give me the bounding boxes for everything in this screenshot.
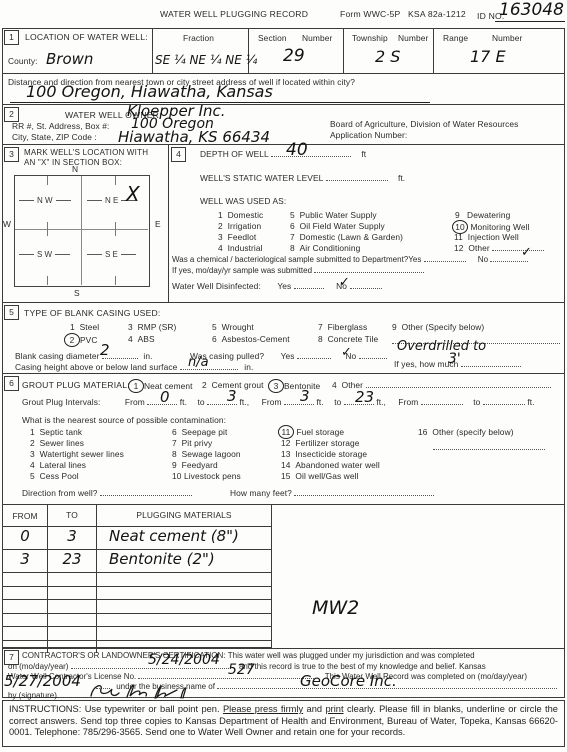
casing-pulled-no-checkmark: ✓ (341, 345, 352, 360)
water-well-plugging-record-form: WATER WELL PLUGGING RECORD Form WWC-5P K… (0, 0, 567, 752)
record-completed-date-handwritten: 5/27/2004 (4, 672, 81, 690)
casing-num: 1 (70, 322, 75, 332)
row-material-value: Neat cement (8") (96, 527, 271, 549)
dash (55, 254, 70, 255)
fraction-label: Fraction (183, 33, 214, 43)
chem-sample-no-checkmark: ✓ (521, 245, 532, 260)
use-num: 1 (218, 210, 223, 220)
compass-north-label: N (72, 164, 78, 174)
section3-4-divider (168, 145, 169, 303)
completed-on-label: on (mo/day/year) (8, 662, 68, 671)
row-to-value (47, 614, 96, 627)
grid-tick (47, 222, 48, 236)
dotted-line (424, 254, 466, 262)
dotted-line (483, 397, 525, 405)
dotted-line (271, 149, 351, 157)
table-row (3, 586, 271, 600)
casing-label: Asbestos-Cement (222, 334, 290, 344)
height-label: Casing height above or below land surfac… (15, 362, 177, 372)
row-from-value: 0 (3, 527, 47, 549)
dotted-line (359, 351, 387, 359)
disinfected-no-checkmark: ✓ (339, 275, 350, 290)
casing-option-pvc-circled: 2PVC (64, 333, 98, 347)
use-label: Air Conditioning (300, 243, 361, 253)
contamination-option: 8 Sewage lagoon (172, 449, 241, 459)
depth-of-well-line: DEPTH OF WELL ft (200, 149, 366, 159)
table-row: 3 23 Bentonite (2") (3, 549, 271, 572)
well-was-used-as-label: WELL WAS USED AS: (200, 196, 286, 206)
yes-label: Yes (277, 281, 291, 291)
grid-tick (47, 276, 48, 285)
casing-option: 7 Fiberglass (318, 322, 367, 332)
casing-num: 8 (318, 334, 323, 344)
materials-header: PLUGGING MATERIALS (96, 505, 271, 526)
row-to-value (47, 627, 96, 640)
license-number-handwritten: 527 (228, 662, 255, 678)
casing-label: RMP (SR) (138, 322, 177, 332)
section1-title: LOCATION OF WATER WELL: (25, 32, 148, 42)
use-option: 3 Feedlot (218, 232, 256, 242)
casing-height-line: Casing height above or below land surfac… (15, 362, 253, 372)
compass-east-label: E (155, 219, 161, 229)
to-label: to (473, 397, 480, 407)
row-from-value (3, 600, 47, 613)
to-label: to (197, 397, 204, 407)
row-material-value (96, 587, 271, 600)
dash (121, 254, 136, 255)
use-label: Domestic (Lawn & Garden) (300, 232, 403, 242)
contamination-option: 9 Feedyard (172, 460, 218, 470)
contam-num: 15 (281, 471, 291, 481)
to-header: TO (47, 505, 96, 526)
contam-num: 10 (172, 471, 182, 481)
compass-south-label: S (74, 288, 80, 298)
ft-unit: ft. (180, 397, 187, 407)
divider (248, 28, 249, 74)
contam-label: Sewer lines (40, 438, 84, 448)
direction-from-well-line: Direction from well? (22, 488, 192, 498)
row-material-value (96, 614, 271, 627)
use-option: 11 Injection Well (454, 232, 519, 242)
interval2-from-handwritten: 3 (300, 387, 310, 405)
instructions-underlined2: print (325, 704, 343, 714)
yes-label: Yes (408, 255, 421, 264)
range-column-label: Range (443, 33, 468, 43)
section-value-handwritten: 29 (283, 46, 305, 66)
section3-number: 3 (4, 147, 19, 162)
owner-city-label: City, State, ZIP Code : (12, 132, 97, 142)
ft-unit: ft., (376, 397, 386, 407)
chem-question-label: Was a chemical / bacteriological sample … (172, 255, 408, 264)
casing-num: 3 (128, 322, 133, 332)
interval2-to-handwritten: 23 (355, 388, 374, 406)
contam-num: 9 (172, 460, 177, 470)
chemical-sample-question: Was a chemical / bacteriological sample … (172, 254, 528, 264)
casing-option: 8 Concrete Tile (318, 334, 378, 344)
use-num: 4 (218, 243, 223, 253)
plugging-table-header-row: FROM TO PLUGGING MATERIALS (3, 505, 271, 526)
static-level-label: WELL'S STATIC WATER LEVEL (200, 173, 323, 183)
quadrant-sw: S W (19, 250, 70, 259)
township-column-label: Township (352, 33, 388, 43)
use-label: Public Water Supply (300, 210, 377, 220)
contam-label: Abandoned water well (295, 460, 379, 470)
casing-option: 6 Asbestos-Cement (212, 334, 290, 344)
instructions-underlined1: Please press firmly (223, 704, 303, 714)
table-row (3, 599, 271, 613)
section-column-label: Section (258, 33, 287, 43)
from-label: From (125, 397, 145, 407)
dotted-line (297, 351, 331, 359)
dotted-line (492, 243, 544, 251)
contam-label: Other (specify below) (432, 427, 513, 437)
diameter-label: Blank casing diameter (15, 351, 100, 361)
compass-west-label: W (3, 219, 11, 229)
divider (343, 28, 344, 74)
use-num: 2 (218, 221, 223, 231)
section5-title: TYPE OF BLANK CASING USED: (24, 308, 161, 318)
height-value-handwritten: n/a (188, 355, 209, 370)
ft-unit: ft., (240, 397, 250, 407)
grid-tick (115, 222, 116, 236)
grout-intervals-line: Grout Plug Intervals: From ft. to ft., F… (22, 397, 535, 407)
grout-num: 4 (332, 380, 337, 390)
quadrant-ne-label: N E (105, 196, 118, 205)
use-option: 5 Public Water Supply (290, 210, 377, 220)
use-label: Other (468, 243, 489, 253)
dash (19, 200, 34, 201)
contam-label: Fuel storage (296, 427, 344, 437)
instructions-box: INSTRUCTIONS: Use typewriter or ball poi… (2, 700, 565, 747)
certification-text: This water well was plugged under my jur… (228, 651, 475, 660)
use-label: Irrigation (228, 221, 262, 231)
casing-num: 6 (212, 334, 217, 344)
use-num: 5 (290, 210, 295, 220)
row-to-value (47, 587, 96, 600)
row-to-value (47, 573, 96, 586)
use-option: 9 Dewatering (455, 210, 510, 220)
contam-label: Fertilizer storage (295, 438, 359, 448)
divider (152, 28, 153, 74)
certification-line1: CONTRACTOR'S OR LANDOWNER'S CERTIFICATIO… (22, 651, 475, 660)
contam-label: Insecticide storage (295, 449, 367, 459)
dotted-line (326, 173, 388, 181)
casing-option: 5 Wrought (212, 322, 254, 332)
use-label: Monitoring Well (470, 222, 529, 232)
disinfected-label: Water Well Disinfected: (172, 281, 261, 291)
contamination-option: 6 Seepage pit (172, 427, 227, 437)
range-value-handwritten: 17 E (470, 47, 506, 66)
casing-label: Fiberglass (328, 322, 368, 332)
contam-label: Lateral lines (40, 460, 86, 470)
use-num: 9 (455, 210, 460, 220)
distance-value-handwritten: 100 Oregon, Hiawatha, Kansas (26, 82, 273, 101)
use-option: 6 Oil Field Water Supply (290, 221, 385, 231)
dash (56, 200, 71, 201)
contamination-option: 3 Watertight sewer lines (30, 449, 124, 459)
signature-label: by (signature) (8, 691, 57, 700)
contam-num: 7 (172, 438, 177, 448)
dotted-line (421, 397, 463, 405)
row-to-value: 23 (47, 550, 96, 572)
section6-title: GROUT PLUG MATERIAL: (22, 380, 130, 390)
use-label: Oil Field Water Supply (300, 221, 385, 231)
contam-num: 8 (172, 449, 177, 459)
range-number-label: Number (492, 33, 522, 43)
casing-label: Wrought (222, 322, 254, 332)
ft-unit: ft. (398, 173, 405, 183)
township-number-label: Number (398, 33, 428, 43)
owner-city-handwritten: Hiawatha, KS 66434 (118, 128, 270, 146)
grout-label: Cement grout (212, 380, 264, 390)
from-label: From (262, 397, 282, 407)
use-option: 4 Industrial (218, 243, 263, 253)
fraction-value-handwritten: SE ¼ NE ¼ NE ¼ (155, 53, 257, 67)
dotted-line (461, 359, 521, 367)
contam-label: Feedyard (182, 460, 218, 470)
quadrant-se-label: S E (105, 250, 118, 259)
dash (19, 254, 34, 255)
depth-label: DEPTH OF WELL (200, 149, 268, 159)
county-value-handwritten: Brown (46, 50, 93, 68)
use-num: 8 (290, 243, 295, 253)
instructions-label: INSTRUCTIONS: (9, 704, 81, 714)
contamination-option: 5 Cess Pool (30, 471, 79, 481)
township-value-handwritten: 2 S (375, 47, 400, 66)
dotted-line (350, 281, 382, 289)
contam-num: 1 (30, 427, 35, 437)
in-unit: in. (244, 362, 253, 372)
casing-pulled-line: Was casing pulled? Yes No (190, 351, 387, 361)
contam-num: 4 (30, 460, 35, 470)
casing-option: 4 ABS (128, 334, 155, 344)
row-from-value (3, 614, 47, 627)
dotted-line (314, 265, 424, 273)
grout-num: 2 (202, 380, 207, 390)
plugged-date-handwritten: 5/24/2004 (148, 652, 220, 668)
casing-option: 3 RMP (SR) (128, 322, 176, 332)
contam-label: Sewage lagoon (182, 449, 241, 459)
contam-num: 16 (418, 427, 428, 437)
use-num: 6 (290, 221, 295, 231)
static-water-level-line: WELL'S STATIC WATER LEVEL ft. (200, 173, 405, 183)
how-many-feet-line: How many feet? (230, 488, 434, 498)
contam-num: 5 (30, 471, 35, 481)
grid-center-vertical (81, 176, 82, 285)
interval1-from-handwritten: 0 (160, 388, 170, 406)
casing-label: ABS (138, 334, 155, 344)
casing-num: 7 (318, 322, 323, 332)
section1-number: 1 (4, 30, 19, 45)
row-material-value (96, 573, 271, 586)
dash (87, 254, 102, 255)
use-num: 11 (454, 232, 463, 242)
grid-center-horizontal (15, 229, 148, 230)
table-row (3, 626, 271, 640)
dash (87, 200, 102, 201)
use-option: 7 Domestic (Lawn & Garden) (290, 232, 403, 242)
direction-label: Direction from well? (22, 488, 98, 498)
contam-num: 13 (281, 449, 291, 459)
form-title: WATER WELL PLUGGING RECORD (160, 9, 308, 19)
row-material-value: Bentonite (2") (96, 550, 271, 572)
disinfected-line: Water Well Disinfected: Yes No (172, 281, 382, 291)
contamination-option-fuel-storage-circled: 11 Fuel storage (278, 425, 344, 439)
row-material-value (96, 627, 271, 640)
contam-num: 6 (172, 427, 177, 437)
casing-label: Other (Specify below) (402, 322, 485, 332)
casing-label: Steel (80, 322, 100, 332)
row-from-value (3, 627, 47, 640)
divider (433, 28, 434, 74)
instructions-text: INSTRUCTIONS: Use typewriter or ball poi… (3, 701, 564, 742)
casing-option: 1 Steel (70, 322, 99, 332)
casing-num: 9 (392, 322, 397, 332)
contam-label: Livestock pens (184, 471, 241, 481)
board-of-agriculture-label: Board of Agriculture, Division of Water … (330, 119, 518, 129)
circled-1: 1 (128, 379, 144, 393)
quadrant-sw-label: S W (37, 250, 52, 259)
from-label: From (398, 397, 418, 407)
yes-label: Yes (281, 351, 295, 361)
how-much-value-handwritten: 3' (448, 351, 461, 367)
row-from-value (3, 587, 47, 600)
quadrant-nw-label: N W (37, 196, 53, 205)
contamination-option: 13 Insecticide storage (281, 449, 367, 459)
county-label: County: (8, 56, 38, 66)
row-from-value: 3 (3, 550, 47, 572)
circled-11: 11 (278, 425, 294, 439)
id-number-line (495, 21, 565, 22)
contamination-option: 2 Sewer lines (30, 438, 84, 448)
dotted-line (100, 488, 192, 496)
use-option: 1 Domestic (218, 210, 263, 220)
contam-label: Seepage pit (182, 427, 228, 437)
dotted-line (294, 488, 434, 496)
row-to-value: 3 (47, 527, 96, 549)
section2-number: 2 (4, 107, 19, 122)
use-label: Domestic (228, 210, 264, 220)
contamination-question-label: What is the nearest source of possible c… (22, 415, 226, 425)
casing-label: PVC (80, 335, 98, 345)
contam-label: Watertight sewer lines (40, 449, 124, 459)
from-header: FROM (3, 511, 47, 521)
contamination-option: 7 Pit privy (172, 438, 212, 448)
outer-left-border (2, 505, 3, 648)
certification-text: and this record is true to the best of m… (239, 662, 486, 671)
if-yes-sample-line: If yes, mo/day/yr sample was submitted (172, 265, 424, 275)
overdrilled-note-handwritten: Overdrilled to (397, 339, 486, 354)
use-num: 7 (290, 232, 295, 242)
dotted-line (366, 380, 551, 388)
quadrant-nw: N W (19, 196, 71, 205)
casing-num: 4 (128, 334, 133, 344)
no-label: No (478, 255, 488, 264)
use-num: 12 (454, 243, 464, 253)
ft-unit: ft. (316, 397, 323, 407)
section3-title-line1: MARK WELL'S LOCATION WITH (24, 148, 148, 157)
quadrant-se: S E (87, 250, 136, 259)
owner-address-label: RR #, St. Address, Box #: (12, 121, 109, 131)
casing-diameter-line: Blank casing diameter in. (15, 351, 153, 361)
id-number-value-handwritten: 163048 (499, 0, 564, 20)
instructions-part1: Use typewriter or ball point pen. (85, 704, 220, 714)
casing-num: 5 (212, 322, 217, 332)
ksa-reference: KSA 82a-1212 (408, 9, 466, 19)
to-label: to (334, 397, 341, 407)
well-id-note-handwritten: MW2 (312, 597, 359, 619)
other-specify-dotted-line (433, 442, 545, 450)
use-num: 3 (218, 232, 223, 242)
table-row (3, 572, 271, 586)
contam-label: Pit privy (182, 438, 213, 448)
intervals-label: Grout Plug Intervals: (22, 397, 100, 407)
casing-label: Concrete Tile (328, 334, 379, 344)
contamination-option: 12 Fertilizer storage (281, 438, 360, 448)
use-label: Dewatering (467, 210, 510, 220)
contam-num: 14 (281, 460, 291, 470)
if-yes-label: If yes, mo/day/yr sample was submitted (172, 266, 312, 275)
contam-num: 3 (30, 449, 35, 459)
feet-label: How many feet? (230, 488, 292, 498)
section4-number: 4 (171, 147, 186, 162)
contamination-option: 14 Abandoned water well (281, 460, 380, 470)
diameter-value-handwritten: 2 (100, 341, 110, 359)
outer-right-border (564, 505, 565, 648)
use-label: Feedlot (228, 232, 257, 242)
contamination-option: 15 Oil well/Gas well (281, 471, 359, 481)
contam-label: Septic tank (40, 427, 83, 437)
use-label: Injection Well (468, 232, 519, 242)
plugging-table: FROM TO PLUGGING MATERIALS 0 3 Neat ceme… (2, 505, 272, 648)
row-to-value (47, 600, 96, 613)
form-number: Form WWC-5P (340, 9, 400, 19)
instructions-part2: and (307, 704, 323, 714)
signature-scribble (85, 680, 205, 702)
application-number-label: Application Number: (330, 130, 407, 140)
circled-3: 3 (268, 379, 284, 393)
row-material-value (96, 600, 271, 613)
dotted-line (294, 281, 324, 289)
contam-num: 2 (30, 438, 35, 448)
ft-unit: ft. (527, 397, 534, 407)
grid-tick (115, 276, 116, 285)
depth-value-handwritten: 40 (286, 140, 308, 160)
use-option: 2 Irrigation (218, 221, 261, 231)
contamination-option: 10 Livestock pens (172, 471, 241, 481)
section6-number: 6 (4, 376, 19, 391)
ft-unit: ft (361, 149, 366, 159)
contam-label: Oil well/Gas well (295, 471, 358, 481)
row-from-value (3, 573, 47, 586)
well-location-x-mark-handwritten: X (126, 182, 140, 206)
section5-number: 5 (4, 305, 19, 320)
grid-tick (47, 176, 48, 185)
contamination-option: 4 Lateral lines (30, 460, 86, 470)
contamination-option: 1 Septic tank (30, 427, 82, 437)
table-row: 0 3 Neat cement (8") (3, 526, 271, 549)
contam-label: Cess Pool (40, 471, 79, 481)
casing-option: 9 Other (Specify below) (392, 322, 484, 332)
use-option: 8 Air Conditioning (290, 243, 360, 253)
contam-num: 12 (281, 438, 291, 448)
grout-option-bentonite-circled: 3Bentonite (268, 379, 320, 393)
business-name-handwritten: GeoCore Inc. (300, 672, 397, 690)
circled-2: 2 (64, 333, 80, 347)
section-number-label: Number (302, 33, 332, 43)
table-row (3, 613, 271, 627)
in-unit: in. (143, 351, 152, 361)
